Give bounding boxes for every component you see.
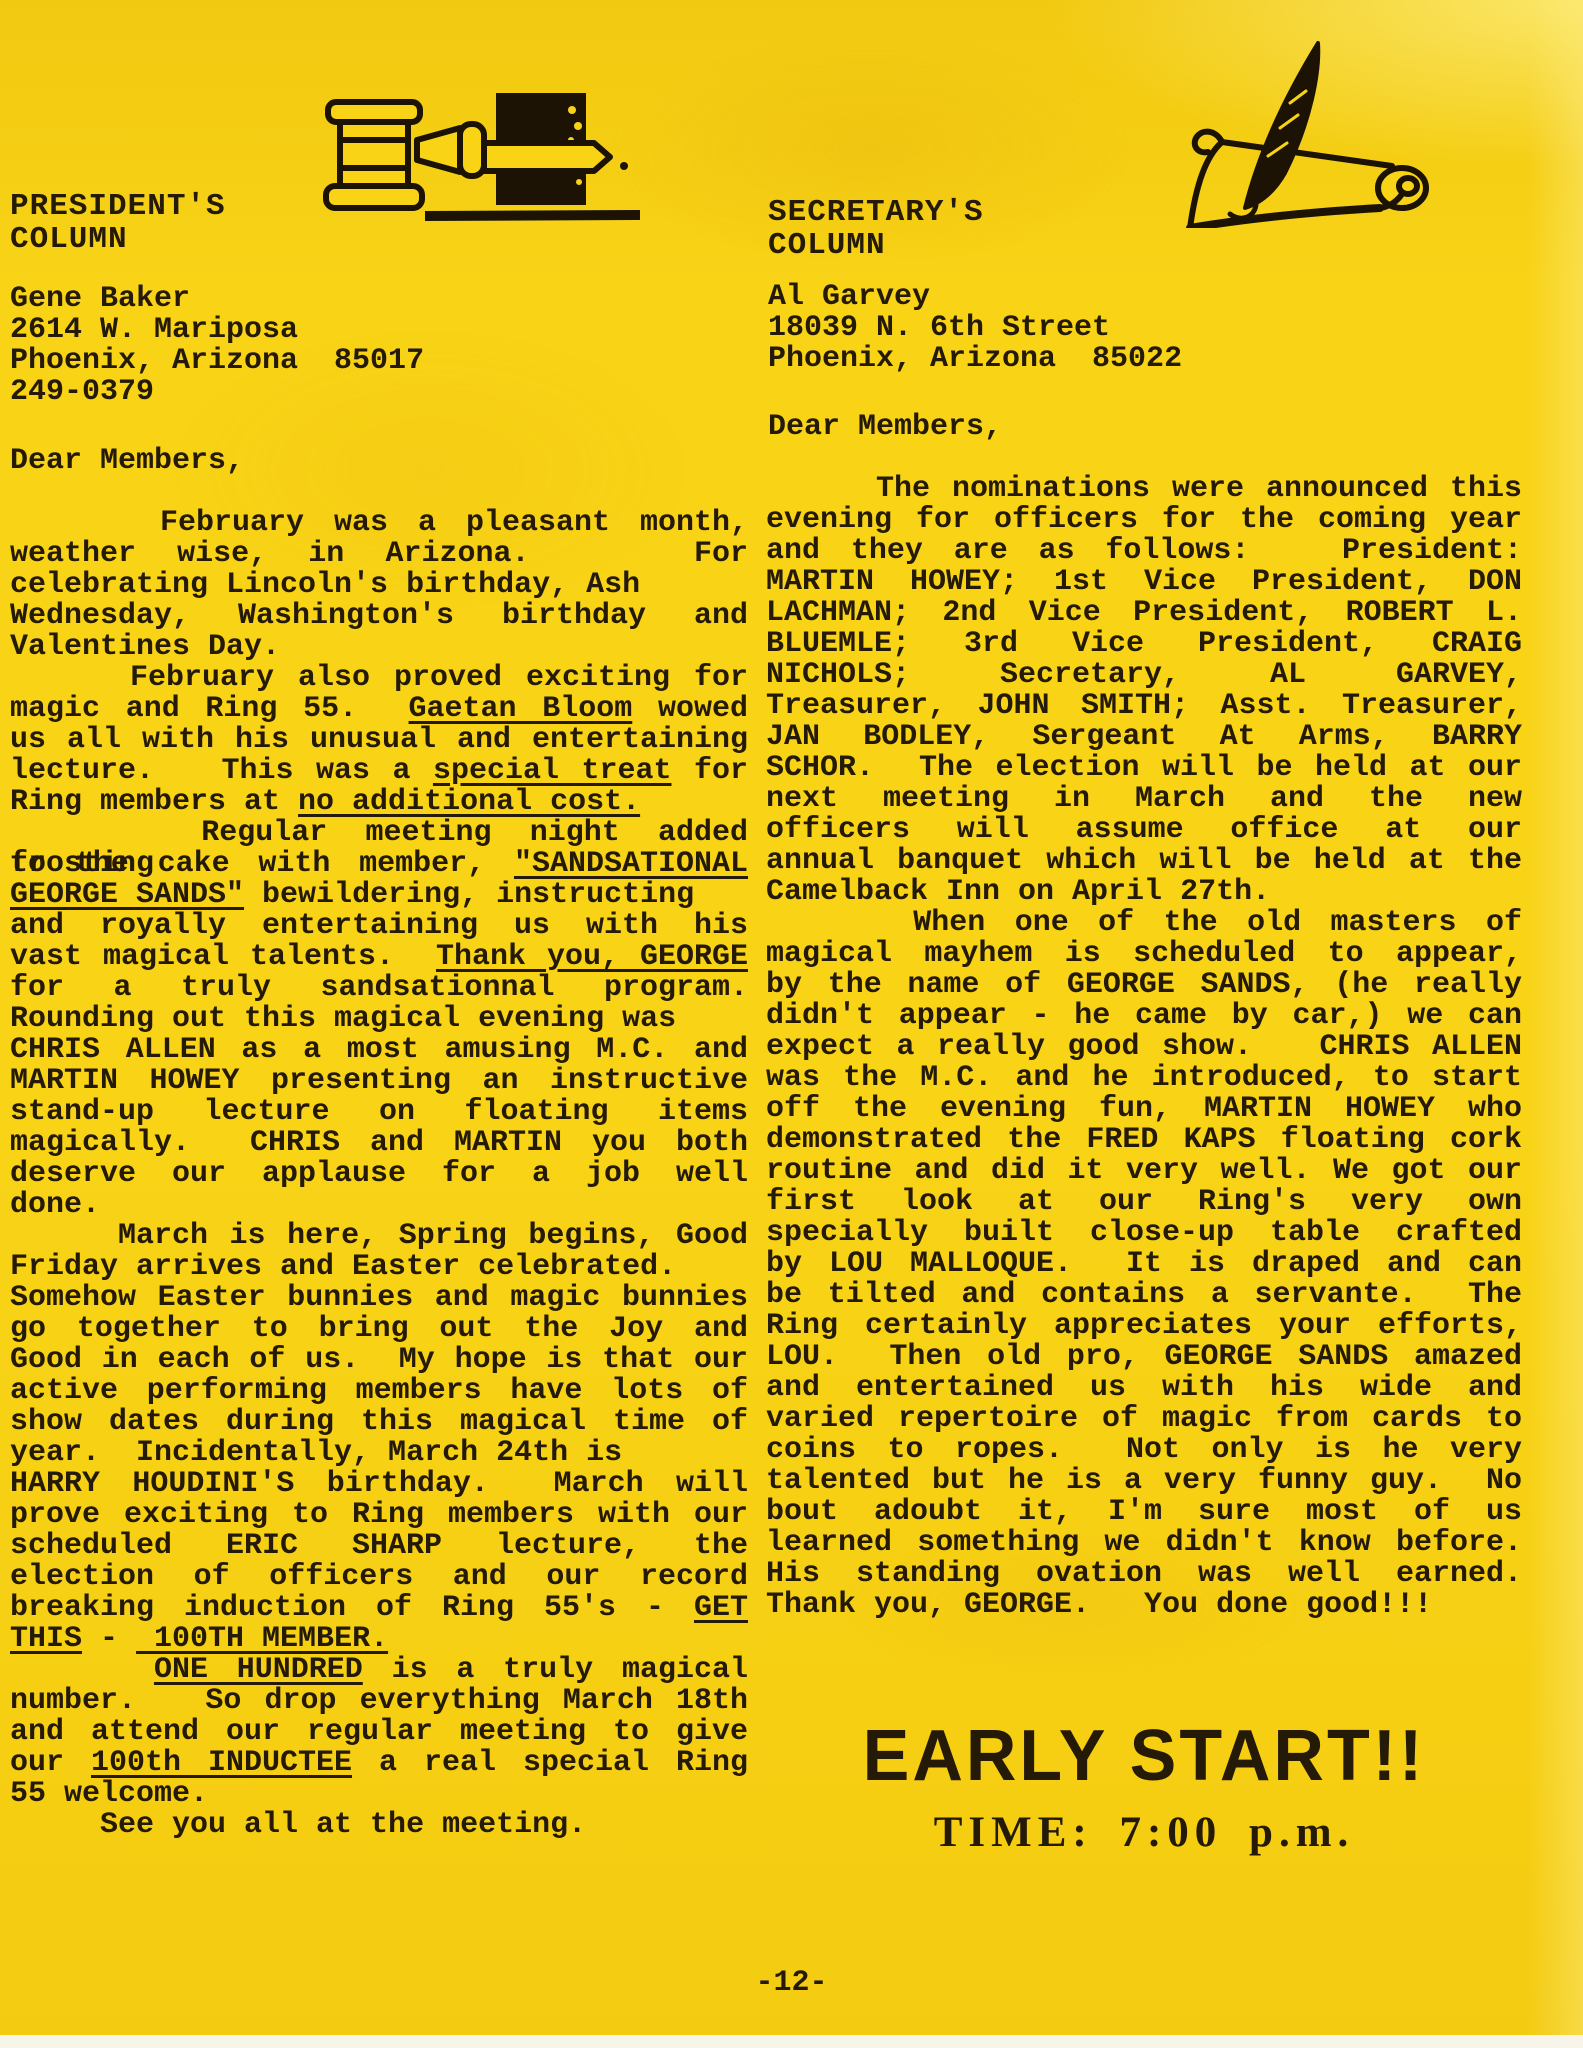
- body-line: 55 welcome.: [10, 1779, 748, 1810]
- body-line: evening for officers for the coming year: [766, 505, 1522, 536]
- body-line: vast magical talents. Thank you, GEORGE: [10, 942, 748, 973]
- body-line: lecture. This was a special treat for: [10, 756, 748, 787]
- body-line: show dates during this magical time of: [10, 1407, 748, 1438]
- body-line: be tilted and contains a servante. The: [766, 1280, 1522, 1311]
- body-line: talented but he is a very funny guy. No: [766, 1466, 1522, 1497]
- body-line: magical mayhem is scheduled to appear,: [766, 939, 1522, 970]
- body-line: demonstrated the FRED KAPS floating cork: [766, 1125, 1522, 1156]
- body-line: prove exciting to Ring members with our: [10, 1500, 748, 1531]
- body-line: JAN BODLEY, Sergeant At Arms, BARRY: [766, 722, 1522, 753]
- scan-edge: [0, 2035, 1583, 2048]
- body-line: and royally entertaining us with his: [10, 911, 748, 942]
- presidents-salutation: Dear Members,: [10, 446, 748, 477]
- body-line: February was a pleasant month,: [10, 508, 748, 539]
- body-line: MARTIN HOWEY; 1st Vice President, DON: [766, 567, 1522, 598]
- author-line: Al Garvey: [768, 282, 1522, 313]
- body-line: us all with his unusual and entertaining: [10, 725, 748, 756]
- secretarys-author-block: Al Garvey18039 N. 6th StreetPhoenix, Ari…: [768, 282, 1522, 375]
- secretarys-salutation: Dear Members,: [768, 412, 1522, 443]
- body-line: learned something we didn't know before.: [766, 1528, 1522, 1559]
- presidents-author-block: Gene Baker2614 W. MariposaPhoenix, Arizo…: [10, 284, 748, 408]
- body-line: election of officers and our record: [10, 1562, 748, 1593]
- body-line: magic and Ring 55. Gaetan Bloom wowed: [10, 694, 748, 725]
- body-line: didn't appear - he came by car,) we can: [766, 1001, 1522, 1032]
- presidents-column-body: February was a pleasant month,weather wi…: [10, 508, 748, 1841]
- body-line: Thank you, GEORGE. You done good!!!: [766, 1590, 1522, 1621]
- author-line: 18039 N. 6th Street: [768, 313, 1522, 344]
- salutation-text: Dear Members,: [10, 446, 748, 477]
- page-number: -12-: [0, 1968, 1583, 1999]
- body-line: year. Incidentally, March 24th is: [10, 1438, 748, 1469]
- body-line: LOU. Then old pro, GEORGE SANDS amazed: [766, 1342, 1522, 1373]
- newsletter-page: PRESIDENT'S COLUMN Gene Baker2614 W. Mar…: [0, 0, 1583, 2048]
- body-line: ONE HUNDRED is a truly magical: [10, 1655, 748, 1686]
- body-line: to the cake with member, "SANDSATIONAL: [10, 849, 748, 880]
- body-line: off the evening fun, MARTIN HOWEY who: [766, 1094, 1522, 1125]
- body-line: Good in each of us. My hope is that our: [10, 1345, 748, 1376]
- body-line: LACHMAN; 2nd Vice President, ROBERT L.: [766, 598, 1522, 629]
- body-line: March is here, Spring begins, Good: [10, 1221, 748, 1252]
- body-line: HARRY HOUDINI'S birthday. March will: [10, 1469, 748, 1500]
- body-line: deserve our applause for a job well: [10, 1159, 748, 1190]
- body-line: bout adoubt it, I'm sure most of us: [766, 1497, 1522, 1528]
- body-line: specially built close-up table crafted: [766, 1218, 1522, 1249]
- body-line: by the name of GEORGE SANDS, (he really: [766, 970, 1522, 1001]
- body-line: weather wise, in Arizona. For: [10, 539, 748, 570]
- author-line: 249-0379: [10, 377, 748, 408]
- presidents-column-title-line1: PRESIDENT'S: [10, 190, 748, 223]
- body-line: routine and did it very well. We got our: [766, 1156, 1522, 1187]
- body-line: scheduled ERIC SHARP lecture, the: [10, 1531, 748, 1562]
- body-line: Treasurer, JOHN SMITH; Asst. Treasurer,: [766, 691, 1522, 722]
- body-line: and they are as follows: President:: [766, 536, 1522, 567]
- author-line: Phoenix, Arizona 85017: [10, 346, 748, 377]
- author-line: 2614 W. Mariposa: [10, 315, 748, 346]
- body-line: Wednesday, Washington's birthday and: [10, 601, 748, 632]
- salutation-text: Dear Members,: [768, 412, 1522, 443]
- body-line: February also proved exciting for: [10, 663, 748, 694]
- body-line: Ring certainly appreciates your efforts,: [766, 1311, 1522, 1342]
- body-line: Regular meeting night added frosting: [10, 818, 748, 849]
- body-line: next meeting in March and the new: [766, 784, 1522, 815]
- body-line: Camelback Inn on April 27th.: [766, 877, 1522, 908]
- body-line: MARTIN HOWEY presenting an instructive: [10, 1066, 748, 1097]
- body-line: expect a really good show. CHRIS ALLEN: [766, 1032, 1522, 1063]
- body-line: varied repertoire of magic from cards to: [766, 1404, 1522, 1435]
- body-line: The nominations were announced this: [766, 474, 1522, 505]
- body-line: active performing members have lots of: [10, 1376, 748, 1407]
- secretarys-column-body: The nominations were announced thiseveni…: [766, 474, 1522, 1621]
- body-line: CHRIS ALLEN as a most amusing M.C. and: [10, 1035, 748, 1066]
- body-line: NICHOLS; Secretary, AL GARVEY,: [766, 660, 1522, 691]
- body-line: officers will assume office at our: [766, 815, 1522, 846]
- body-line: Rounding out this magical evening was: [10, 1004, 748, 1035]
- body-line: our 100th INDUCTEE a real special Ring: [10, 1748, 748, 1779]
- body-line: SCHOR. The election will be held at our: [766, 753, 1522, 784]
- author-line: Phoenix, Arizona 85022: [768, 344, 1522, 375]
- early-start-title: EARLY START!!: [766, 1717, 1522, 1794]
- body-line: annual banquet which will be held at the: [766, 846, 1522, 877]
- secretarys-column-title-line1: SECRETARY'S: [768, 196, 1522, 229]
- body-line: stand-up lecture on floating items: [10, 1097, 748, 1128]
- body-line: When one of the old masters of: [766, 908, 1522, 939]
- secretarys-column-title-line2: COLUMN: [768, 229, 1522, 262]
- early-start-notice: EARLY START!! TIME: 7:00 p.m.: [766, 1718, 1522, 1858]
- body-line: Somehow Easter bunnies and magic bunnies: [10, 1283, 748, 1314]
- body-line: was the M.C. and he introduced, to start: [766, 1063, 1522, 1094]
- body-line: THIS - 100TH MEMBER.: [10, 1624, 748, 1655]
- body-line: celebrating Lincoln's birthday, Ash: [10, 570, 748, 601]
- presidents-column-title-line2: COLUMN: [10, 223, 748, 256]
- body-line: See you all at the meeting.: [10, 1810, 748, 1841]
- presidents-column-header: PRESIDENT'S COLUMN: [10, 190, 748, 256]
- body-line: Friday arrives and Easter celebrated.: [10, 1252, 748, 1283]
- body-line: first look at our Ring's very own: [766, 1187, 1522, 1218]
- body-line: BLUEMLE; 3rd Vice President, CRAIG: [766, 629, 1522, 660]
- body-line: GEORGE SANDS" bewildering, instructing: [10, 880, 748, 911]
- body-line: coins to ropes. Not only is he very: [766, 1435, 1522, 1466]
- body-line: His standing ovation was well earned.: [766, 1559, 1522, 1590]
- body-line: breaking induction of Ring 55's - GET: [10, 1593, 748, 1624]
- author-line: Gene Baker: [10, 284, 748, 315]
- body-line: and entertained us with his wide and: [766, 1373, 1522, 1404]
- body-line: by LOU MALLOQUE. It is draped and can: [766, 1249, 1522, 1280]
- body-line: done.: [10, 1190, 748, 1221]
- body-line: and attend our regular meeting to give: [10, 1717, 748, 1748]
- body-line: go together to bring out the Joy and: [10, 1314, 748, 1345]
- body-line: for a truly sandsationnal program.: [10, 973, 748, 1004]
- early-start-time: TIME: 7:00 p.m.: [766, 1808, 1522, 1858]
- secretarys-column-header: SECRETARY'S COLUMN: [768, 196, 1522, 262]
- body-line: magically. CHRIS and MARTIN you both: [10, 1128, 748, 1159]
- body-line: number. So drop everything March 18th: [10, 1686, 748, 1717]
- body-line: Ring members at no additional cost.: [10, 787, 748, 818]
- body-line: Valentines Day.: [10, 632, 748, 663]
